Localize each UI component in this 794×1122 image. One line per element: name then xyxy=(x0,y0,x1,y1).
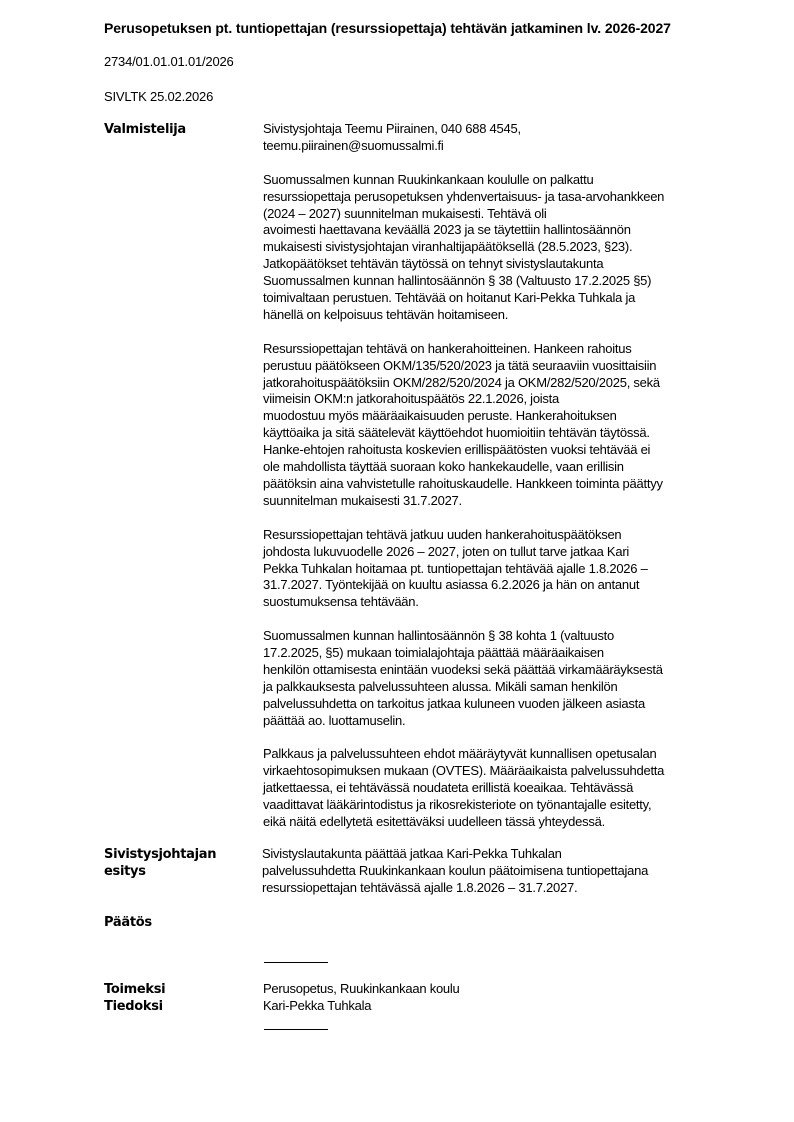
section-label-paatos: Päätös xyxy=(104,914,152,931)
toimeksi-label: Toimeksi xyxy=(104,981,165,998)
section-label-valmistelija: Valmistelija xyxy=(104,121,186,138)
document-title: Perusopetuksen pt. tuntiopettajan (resur… xyxy=(104,20,671,36)
distribution-labels: Toimeksi Tiedoksi xyxy=(104,981,165,1015)
section-label-esitys: Sivistysjohtajan esitys xyxy=(104,846,216,880)
document-page: Perusopetuksen pt. tuntiopettajan (resur… xyxy=(0,0,794,1122)
distribution-values: Perusopetus, Ruukinkankaan koulu Kari-Pe… xyxy=(263,981,763,1015)
section-body-valmistelija: Sivistysjohtaja Teemu Piirainen, 040 688… xyxy=(263,121,763,848)
paragraph-funding: Resurssiopettajan tehtävä on hankerahoit… xyxy=(263,341,763,510)
paragraph-background: Suomussalmen kunnan Ruukinkankaan koulul… xyxy=(263,172,763,324)
meeting-session: SIVLTK 25.02.2026 xyxy=(104,89,213,104)
paragraph-continuation: Resurssiopettajan tehtävä jatkuu uuden h… xyxy=(263,527,763,612)
paragraph-authority: Suomussalmen kunnan hallintosäännön § 38… xyxy=(263,628,763,729)
tiedoksi-label: Tiedoksi xyxy=(104,998,165,1015)
section-body-esitys: Sivistyslautakunta päättää jatkaa Kari-P… xyxy=(262,846,762,914)
preparer-contact: Sivistysjohtaja Teemu Piirainen, 040 688… xyxy=(263,121,763,155)
paragraph-terms: Palkkaus ja palvelussuhteen ehdot määräy… xyxy=(263,746,763,831)
proposal-text: Sivistyslautakunta päättää jatkaa Kari-P… xyxy=(262,846,762,897)
diary-number: 2734/01.01.01.01/2026 xyxy=(104,54,234,69)
separator-line xyxy=(264,962,328,963)
toimeksi-value: Perusopetus, Ruukinkankaan koulu xyxy=(263,981,763,998)
tiedoksi-value: Kari-Pekka Tuhkala xyxy=(263,998,763,1015)
separator-line xyxy=(264,1029,328,1030)
